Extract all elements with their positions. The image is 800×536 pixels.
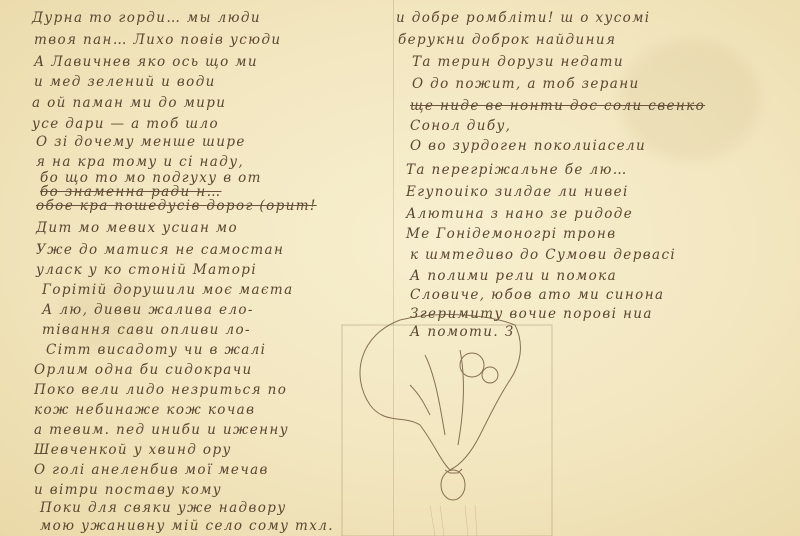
manuscript-page: Дурна то горди… мы людитвоя пан… Лихо по… [0,0,800,536]
figure-sketch [340,305,560,536]
handwritten-line: и мед зелений и води [34,74,216,90]
handwritten-line: О зі дочему менше шире [36,134,246,150]
handwritten-line: Сітт висадоту чи в жалі [46,342,266,358]
handwritten-line: обое кра пошедусів дорог (орит! [36,198,317,214]
handwritten-line: О во зурдоген поколиіасели [410,138,646,154]
handwritten-line: Уже до матися не самостан [36,242,284,258]
handwritten-line: О до пожит, а тоб зерани [412,76,640,92]
handwritten-line: Егупоиіко зилдае ли нивеі [406,184,629,200]
handwritten-line: Сонол дибу, [410,118,511,134]
handwritten-line: Поко вели лидо незриться по [34,382,287,398]
handwritten-line: уласк у ко стоній Маторі [36,262,257,278]
handwritten-line: твоя пан… Лихо повів усюди [34,32,282,48]
handwritten-line: мою ужанивну мій село сому тхл. [40,518,334,534]
handwritten-line: Ме Гонідемоногрі тронв [406,226,616,242]
handwritten-line: к шмтедиво до Сумови дервасі [410,247,676,263]
handwritten-line: Орлим одна би сидокрачи [34,362,253,378]
handwritten-line: тівання сави опливи ло- [42,322,251,338]
handwritten-line: Та терин дорузи недати [412,54,624,70]
handwritten-line: Дит мо мевих усиан мо [36,220,238,236]
handwritten-line: ще ниде ве нонти дос соли свенко [410,98,705,114]
handwritten-line: а ой паман ми до мири [32,95,226,111]
handwritten-line: я на кра тому и сі наду, [36,154,244,170]
handwritten-line: берукни доброк найдиния [398,32,616,48]
handwritten-line: а тевим. пед иниби и иженну [34,422,289,438]
handwritten-line: Алютина з нано зе ридоде [406,206,633,222]
handwritten-line: Горітій дорушили моє маєта [42,282,294,298]
handwritten-line: Поки для свяки уже надвору [40,500,287,516]
handwritten-line: Шевченкой у хвинд ору [34,442,232,458]
handwritten-line: А полими рели и помока [410,268,617,284]
handwritten-line: и добре ромбліти! ш о хусомі [396,10,651,26]
handwritten-line: А лю, дивви жалива ело- [42,302,254,318]
handwritten-line: Дурна то горди… мы люди [32,10,261,26]
handwritten-line: Словиче, юбов ато ми синона [410,287,664,303]
handwritten-line: О голі анеленбив мої мечав [34,462,269,478]
handwritten-line: кож небинаже кож кочав [34,402,255,418]
handwritten-line: А Лавичнев яко ось що ми [34,54,258,70]
handwritten-line: Та перегріжальне бе лю… [406,162,628,178]
handwritten-line: и вітри поставу кому [34,482,222,498]
handwritten-line: усе дари — а тоб шло [32,116,219,132]
